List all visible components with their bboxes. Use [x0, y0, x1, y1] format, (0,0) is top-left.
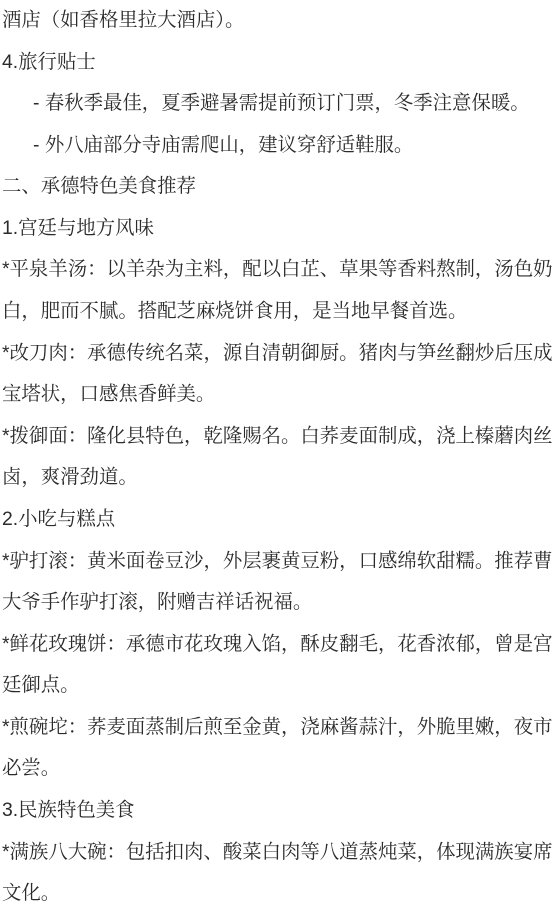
paragraph-pingquan-lamb-soup-line1: *平泉羊汤：以羊杂为主料，配以白芷、草果等香料熬制，汤色奶: [2, 249, 554, 291]
paragraph-jianwantuo-line1: *煎碗坨：荞麦面蒸制后煎至金黄，浇麻酱蒜汁，外脆里嫩，夜市: [2, 707, 554, 749]
bullet-temple-hiking-tip: - 外八庙部分寺庙需爬山，建议穿舒适鞋服。: [2, 125, 554, 167]
paragraph-boyu-noodle-line1: *拨御面：隆化县特色，乾隆赐名。白荞麦面制成，浇上榛蘑肉丝: [2, 416, 554, 458]
paragraph-boyu-noodle-line2: 卤，爽滑劲道。: [2, 457, 554, 499]
heading-snacks-and-pastries: 2.小吃与糕点: [2, 499, 554, 541]
paragraph-hotel-continuation: 酒店（如香格里拉大酒店）。: [2, 0, 554, 42]
paragraph-manchu-eight-bowls-line1: *满族八大碗：包括扣肉、酸菜白肉等八道蒸炖菜，体现满族宴席: [2, 832, 554, 874]
paragraph-lvdagun-line2: 大爷手作驴打滚，附赠吉祥话祝福。: [2, 582, 554, 624]
paragraph-rose-cake-line2: 廷御点。: [2, 665, 554, 707]
heading-ethnic-specialty-food: 3.民族特色美食: [2, 790, 554, 832]
paragraph-gaidao-pork-line1: *改刀肉：承德传统名菜，源自清朝御厨。猪肉与笋丝翻炒后压成: [2, 333, 554, 375]
heading-chengde-food-section: 二、承德特色美食推荐: [2, 166, 554, 208]
document-page: 酒店（如香格里拉大酒店）。 4.旅行贴士 - 春秋季最佳，夏季避暑需提前预订门票…: [0, 0, 554, 915]
heading-travel-tips: 4.旅行贴士: [2, 42, 554, 84]
paragraph-rose-cake-line1: *鲜花玫瑰饼：承德市花玫瑰入馅，酥皮翻毛，花香浓郁，曾是宫: [2, 624, 554, 666]
paragraph-jianwantuo-line2: 必尝。: [2, 748, 554, 790]
paragraph-gaidao-pork-line2: 宝塔状，口感焦香鲜美。: [2, 374, 554, 416]
paragraph-manchu-eight-bowls-line2: 文化。: [2, 873, 554, 915]
paragraph-pingquan-lamb-soup-line2: 白，肥而不腻。搭配芝麻烧饼食用，是当地早餐首选。: [2, 291, 554, 333]
heading-court-and-local-flavor: 1.宫廷与地方风味: [2, 208, 554, 250]
paragraph-lvdagun-line1: *驴打滚：黄米面卷豆沙，外层裹黄豆粉，口感绵软甜糯。推荐曹: [2, 541, 554, 583]
bullet-best-season-tip: - 春秋季最佳，夏季避暑需提前预订门票，冬季注意保暖。: [2, 83, 554, 125]
